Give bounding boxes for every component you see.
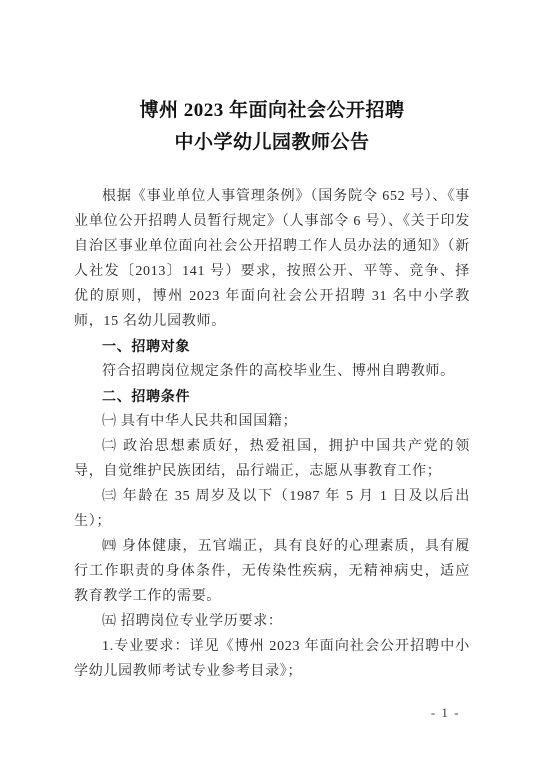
page-number: - 1 - <box>431 705 460 721</box>
document-title-line-2: 中小学幼儿园教师公告 <box>74 127 470 159</box>
condition-item-position-requirements: ㈤ 招聘岗位专业学历要求： <box>74 609 470 634</box>
section-heading-recruitment-conditions: 二、招聘条件 <box>74 384 470 409</box>
condition-item-political-quality: ㈡ 政治思想素质好，热爱祖国，拥护中国共产党的领导，自觉维护民族团结，品行端正，… <box>74 434 470 484</box>
intro-paragraph: 根据《事业单位人事管理条例》（国务院令 652 号）、《事业单位公开招聘人员暂行… <box>74 184 470 334</box>
condition-item-health: ㈣ 身体健康，五官端正，具有良好的心理素质，具有履行工作职责的身体条件，无传染性… <box>74 534 470 609</box>
document-page: 博州 2023 年面向社会公开招聘 中小学幼儿园教师公告 根据《事业单位人事管理… <box>0 0 549 777</box>
condition-item-nationality: ㈠ 具有中华人民共和国国籍； <box>74 409 470 434</box>
document-content: 博州 2023 年面向社会公开招聘 中小学幼儿园教师公告 根据《事业单位人事管理… <box>74 95 470 684</box>
recruitment-targets-paragraph: 符合招聘岗位规定条件的高校毕业生、博州自聘教师。 <box>74 359 470 384</box>
condition-item-age-limit: ㈢ 年龄在 35 周岁及以下（1987 年 5 月 1 日及以后出生）； <box>74 484 470 534</box>
document-title-line-1: 博州 2023 年面向社会公开招聘 <box>74 95 470 127</box>
section-heading-recruitment-targets: 一、招聘对象 <box>74 334 470 359</box>
document-title: 博州 2023 年面向社会公开招聘 中小学幼儿园教师公告 <box>74 95 470 159</box>
condition-subitem-major-requirement: 1.专业要求：详见《博州 2023 年面向社会公开招聘中小学幼儿园教师考试专业参… <box>74 634 470 684</box>
